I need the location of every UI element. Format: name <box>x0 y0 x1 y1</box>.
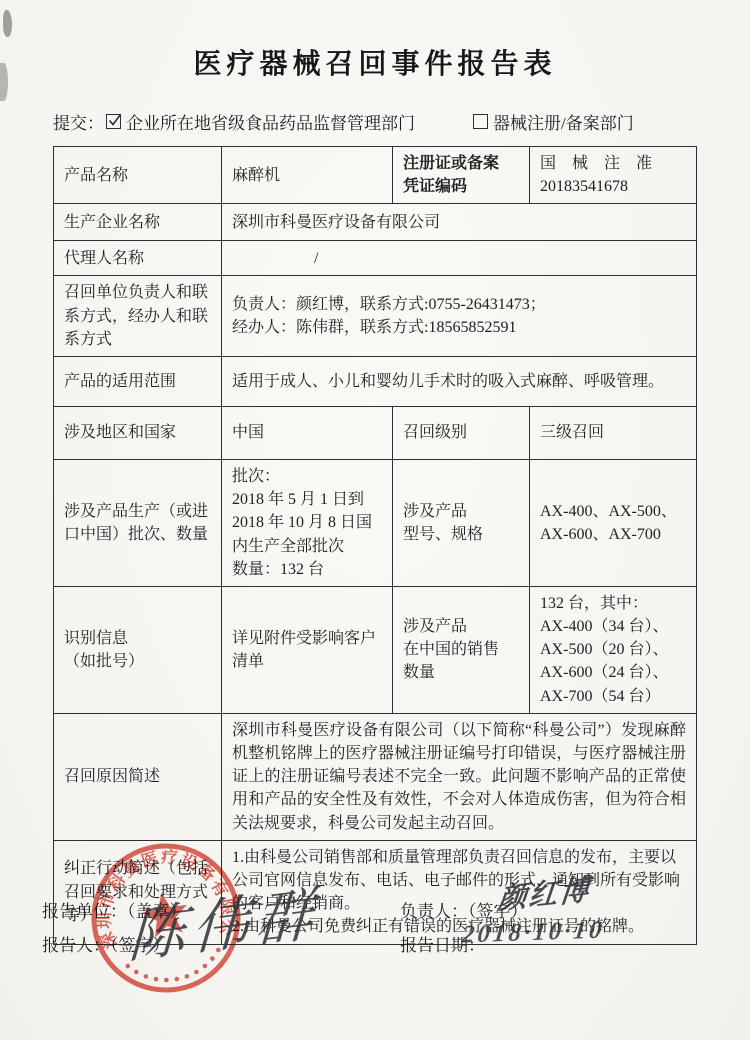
agent-name-value: / <box>222 241 697 276</box>
table-row: 涉及产品生产（或进口中国）批次、数量 批次： 2018 年 5 月 1 日到 2… <box>54 459 697 586</box>
page-title: 医疗器械召回事件报告表 <box>0 42 750 82</box>
recall-report-document: 医疗器械召回事件报告表 提交： 企业所在地省级食品药品监督管理部门 器械注册/备… <box>0 0 750 1040</box>
product-name-label: 产品名称 <box>54 147 222 204</box>
scan-artifact <box>0 63 8 101</box>
china-sales-label: 涉及产品 在中国的销售 数量 <box>393 586 530 713</box>
recall-level-label: 召回级别 <box>393 406 530 459</box>
table-row: 涉及地区和国家 中国 召回级别 三级召回 <box>54 406 697 459</box>
batch-qty-label: 涉及产品生产（或进口中国）批次、数量 <box>54 459 222 586</box>
table-row: 产品名称 麻醉机 注册证或备案 凭证编码 国 械 注 准 20183541678 <box>54 147 697 204</box>
identification-value: 详见附件受影响客户 清单 <box>222 586 393 713</box>
model-spec-value: AX-400、AX-500、 AX-600、AX-700 <box>530 459 697 586</box>
recall-reason-value: 深圳市科曼医疗设备有限公司（以下简称“科曼公司”）发现麻醉机整机铭牌上的医疗器械… <box>222 713 697 840</box>
table-row: 代理人名称 / <box>54 241 697 276</box>
unchecked-checkbox-icon <box>473 114 488 129</box>
recall-report-table: 产品名称 麻醉机 注册证或备案 凭证编码 国 械 注 准 20183541678… <box>53 146 697 945</box>
contact-label: 召回单位负责人和联系方式，经办人和联系方式 <box>54 276 222 357</box>
manufacturer-label: 生产企业名称 <box>54 204 222 241</box>
scan-artifact <box>3 10 12 37</box>
recall-reason-label: 召回原因简述 <box>54 713 222 840</box>
recall-level-value: 三级召回 <box>530 406 697 459</box>
scope-label: 产品的适用范围 <box>54 356 222 406</box>
scope-value: 适用于成人、小儿和婴幼儿手术时的吸入式麻醉、呼吸管理。 <box>222 356 697 406</box>
submit-option-registration: 器械注册/备案部门 <box>493 109 634 134</box>
china-sales-value: 132 台，其中： AX-400（34 台）、 AX-500（20 台）、 AX… <box>530 586 697 713</box>
table-row: 识别信息 （如批号） 详见附件受影响客户 清单 涉及产品 在中国的销售 数量 1… <box>54 586 697 713</box>
identification-label: 识别信息 （如批号） <box>54 586 222 713</box>
region-label: 涉及地区和国家 <box>54 406 222 459</box>
table-row: 产品的适用范围 适用于成人、小儿和婴幼儿手术时的吸入式麻醉、呼吸管理。 <box>54 356 697 406</box>
table-row: 召回单位负责人和联系方式，经办人和联系方式 负责人：颜红博，联系方式:0755-… <box>54 276 697 357</box>
batch-qty-value: 批次： 2018 年 5 月 1 日到 2018 年 10 月 8 日国 内生产… <box>222 459 393 586</box>
report-date-handwritten: 2018·10·10 <box>461 916 606 949</box>
region-value: 中国 <box>222 406 393 459</box>
product-name-value: 麻醉机 <box>222 147 393 204</box>
contact-value: 负责人：颜红博，联系方式:0755-26431473； 经办人：陈伟群，联系方式… <box>222 276 697 357</box>
submit-line: 提交： 企业所在地省级食品药品监督管理部门 器械注册/备案部门 <box>53 109 750 134</box>
registration-no-value: 国 械 注 准 20183541678 <box>530 147 697 204</box>
table-row: 召回原因简述 深圳市科曼医疗设备有限公司（以下简称“科曼公司”）发现麻醉机整机铭… <box>54 713 697 840</box>
submit-option-province: 企业所在地省级食品药品监督管理部门 <box>126 109 415 134</box>
checked-checkbox-icon <box>106 114 121 129</box>
table-row: 生产企业名称 深圳市科曼医疗设备有限公司 <box>54 204 697 241</box>
manufacturer-value: 深圳市科曼医疗设备有限公司 <box>222 204 697 241</box>
registration-no-label: 注册证或备案 凭证编码 <box>393 147 530 204</box>
submit-label: 提交： <box>53 109 104 134</box>
agent-name-label: 代理人名称 <box>54 241 222 276</box>
model-spec-label: 涉及产品 型号、规格 <box>393 459 530 586</box>
